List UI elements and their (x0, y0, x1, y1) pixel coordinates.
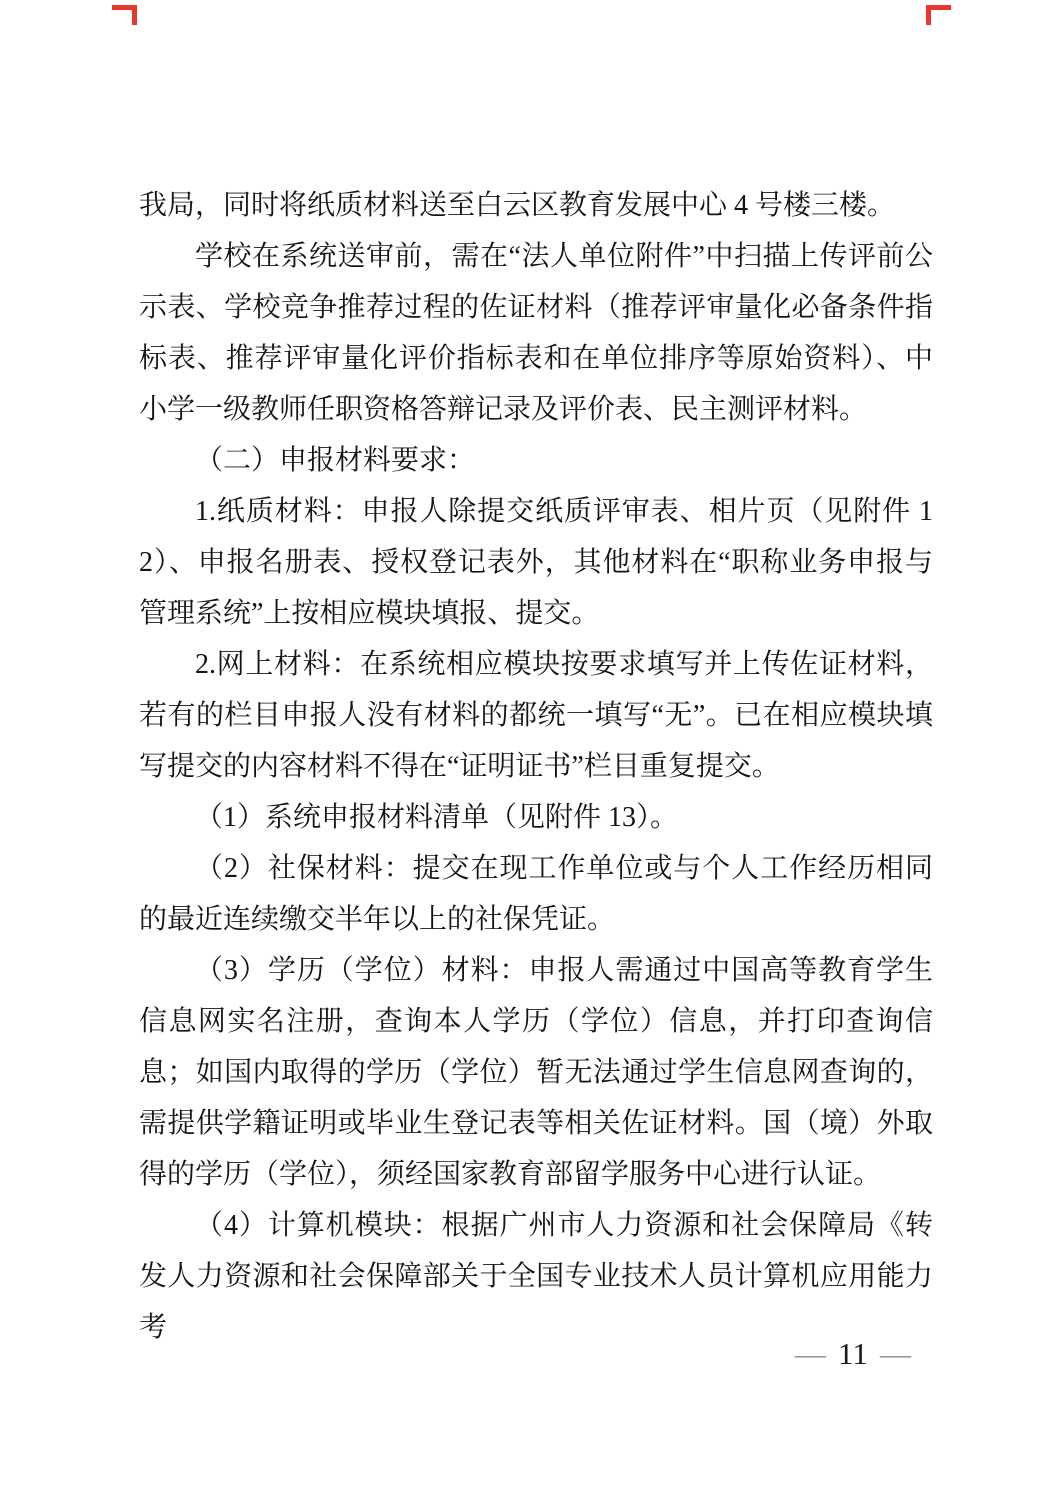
red-crop-mark-left-icon (112, 5, 137, 25)
paragraph-item-3-education-degree: （3）学历（学位）材料：申报人需通过中国高等教育学生信息网实名注册，查询本人学历… (139, 945, 933, 1200)
paragraph-continuation: 我局，同时将纸质材料送至白云区教育发展中心 4 号楼三楼。 (139, 180, 933, 231)
footer-dash-left: — (795, 1339, 826, 1370)
page-footer: — 11 — (797, 1336, 909, 1372)
document-body: 我局，同时将纸质材料送至白云区教育发展中心 4 号楼三楼。 学校在系统送审前，需… (139, 180, 933, 1353)
paragraph-paper-materials: 1.纸质材料：申报人除提交纸质评审表、相片页（见附件 12）、申报名册表、授权登… (139, 486, 933, 639)
footer-dash-right: — (880, 1339, 911, 1370)
paragraph-item-4-computer-module: （4）计算机模块：根据广州市人力资源和社会保障局《转发人力资源和社会保障部关于全… (139, 1200, 933, 1353)
document-page: 我局，同时将纸质材料送至白云区教育发展中心 4 号楼三楼。 学校在系统送审前，需… (0, 0, 1058, 1497)
paragraph-school-presubmit: 学校在系统送审前，需在“法人单位附件”中扫描上传评前公示表、学校竞争推荐过程的佐… (139, 231, 933, 435)
page-number: 11 (838, 1336, 868, 1372)
paragraph-item-1-material-list: （1）系统申报材料清单（见附件 13）。 (139, 792, 933, 843)
paragraph-item-2-social-security: （2）社保材料：提交在现工作单位或与个人工作经历相同的最近连续缴交半年以上的社保… (139, 843, 933, 945)
red-crop-mark-right-icon (926, 5, 951, 25)
paragraph-section-heading: （二）申报材料要求： (139, 435, 933, 486)
paragraph-online-materials: 2.网上材料：在系统相应模块按要求填写并上传佐证材料，若有的栏目申报人没有材料的… (139, 639, 933, 792)
